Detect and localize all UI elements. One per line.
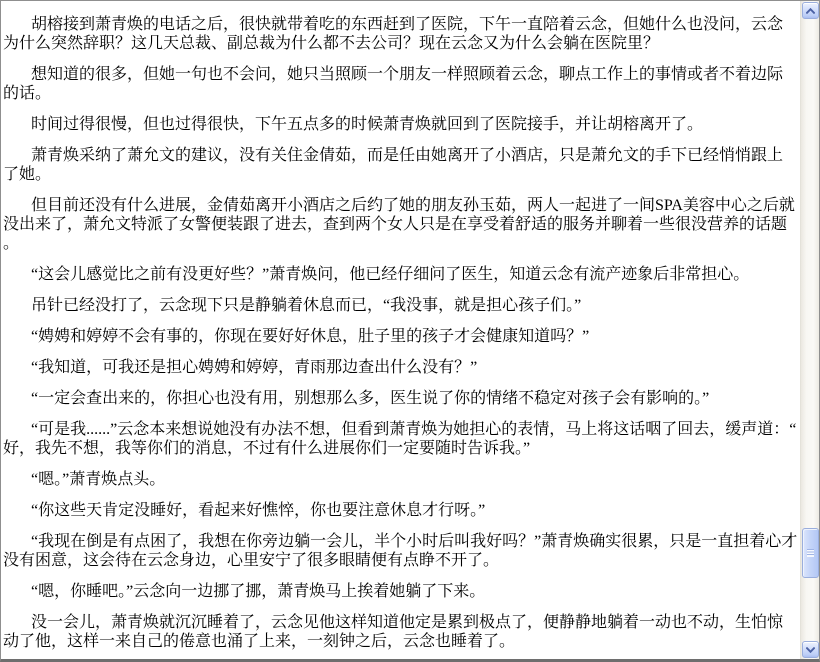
document-window: 胡榕接到萧青焕的电话之后，很快就带着吃的东西赶到了医院，下午一直陪着云念，但她什… [0,0,820,662]
paragraph: 萧青焕采纳了萧允文的建议，没有关住金倩茹，而是任由她离开了小酒店，只是萧允文的手… [3,146,798,184]
paragraph: “一定会查出来的，你担心也没有用，别想那么多，医生说了你的情绪不稳定对孩子会有影… [3,389,798,408]
paragraph: “这会儿感觉比之前有没更好些？”萧青焕问，他已经仔细问了医生，知道云念有流产迹象… [3,265,798,284]
paragraph: “我知道，可我还是担心娉娉和婷婷，青雨那边查出什么没有？” [3,358,798,377]
paragraph: 胡榕接到萧青焕的电话之后，很快就带着吃的东西赶到了医院，下午一直陪着云念，但她什… [3,15,798,53]
paragraph: “嗯。”萧青焕点头。 [3,470,798,489]
paragraph: “娉娉和婷婷不会有事的，你现在要好好休息，肚子里的孩子才会健康知道吗？” [3,327,798,346]
paragraph: 但目前还没有什么进展，金倩茹离开小酒店之后约了她的朋友孙玉茹，两人一起进了一间S… [3,196,798,253]
novel-text: 胡榕接到萧青焕的电话之后，很快就带着吃的东西赶到了医院，下午一直陪着云念，但她什… [1,1,800,659]
vertical-scrollbar[interactable] [800,1,819,659]
scroll-up-button[interactable] [802,2,819,19]
chevron-down-icon [806,647,815,653]
chevron-up-icon [806,8,815,14]
paragraph: 没一会儿，萧青焕就沉沉睡着了，云念见他这样知道他定是累到极点了，便静静地躺着一动… [3,613,798,651]
paragraph: “我现在倒是有点困了，我想在你旁边躺一会儿，半个小时后叫我好吗？”萧青焕确实很累… [3,532,798,570]
thumb-grip-icon [807,549,814,557]
paragraph: 吊针已经没打了，云念现下只是静躺着休息而已，“我没事，就是担心孩子们。” [3,296,798,315]
paragraph: “嗯，你睡吧。”云念向一边挪了挪，萧青焕马上挨着她躺了下来。 [3,582,798,601]
paragraph: 时间过得很慢，但也过得很快，下午五点多的时候萧青焕就回到了医院接手，并让胡榕离开… [3,115,798,134]
scrollbar-thumb[interactable] [802,528,819,578]
scroll-down-button[interactable] [802,641,819,658]
paragraph: “你这些天肯定没睡好，看起来好憔悴，你也要注意休息才行呀。” [3,501,798,520]
paragraph: 想知道的很多，但她一句也不会问，她只当照顾一个朋友一样照顾着云念，聊点工作上的事… [3,65,798,103]
paragraph: “可是我......”云念本来想说她没有办法不想，但看到萧青焕为她担心的表情，马… [3,420,798,458]
